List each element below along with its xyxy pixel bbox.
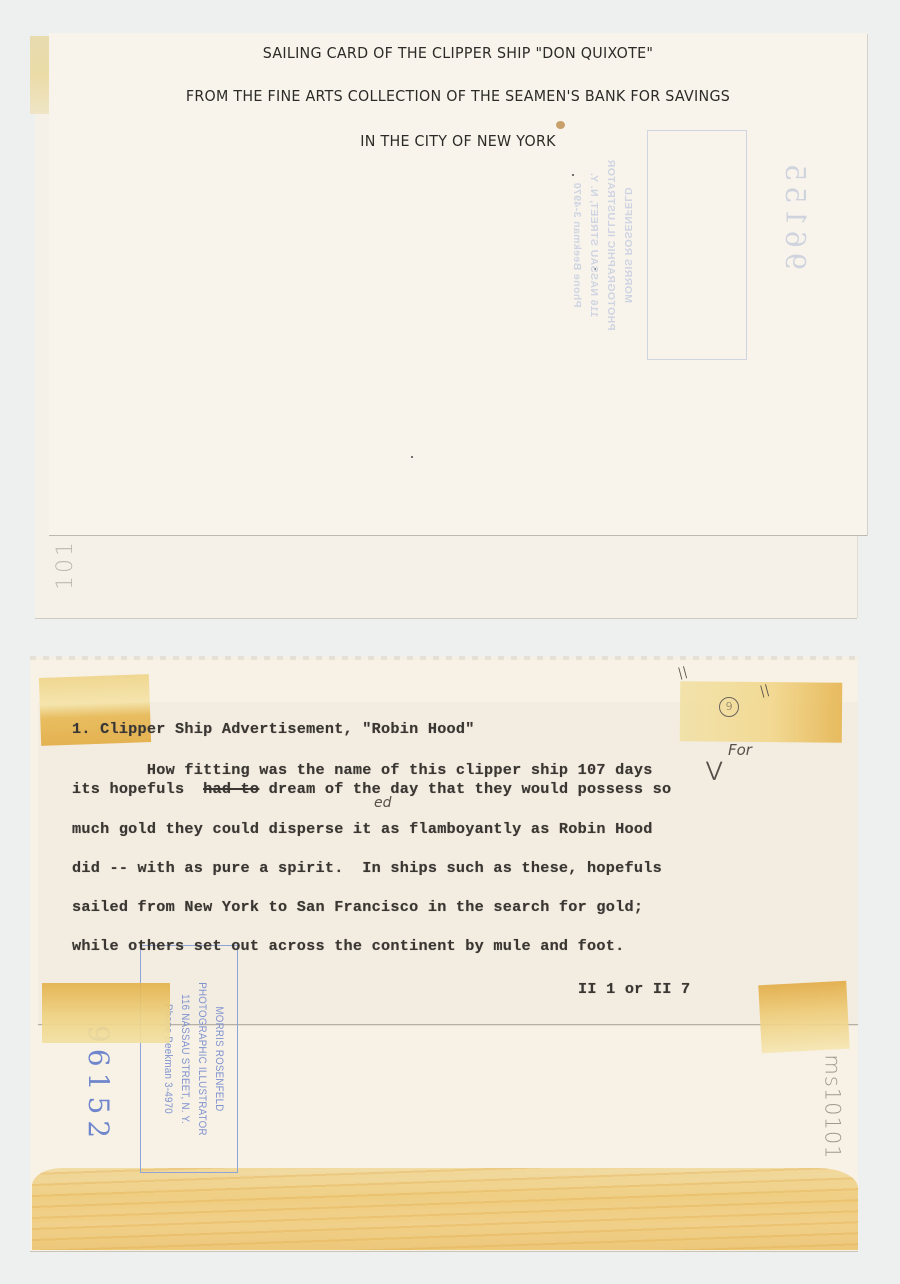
stamp-line: 116 NASSAU STREET, N. Y. <box>585 131 602 359</box>
tape-fragment-left <box>30 36 49 114</box>
photographer-stamp: MORRIS ROSENFELD PHOTOGRAPHIC ILLUSTRATO… <box>140 945 238 1173</box>
body-text: its hopefuls <box>72 780 203 798</box>
bleed-through-stamp: MORRIS ROSENFELD PHOTOGRAPHIC ILLUSTRATO… <box>647 130 747 360</box>
struck-text: had to <box>203 780 259 798</box>
body-line-5: sailed from New York to San Francisco in… <box>72 898 643 916</box>
stamp-line: MORRIS ROSENFELD <box>619 131 636 359</box>
stamp-line: 116 NASSAU STREET, N. Y. <box>176 962 193 1156</box>
stamp-line: MORRIS ROSENFELD <box>210 962 227 1156</box>
tape-bottom-left <box>42 983 170 1043</box>
stamp-line: PHOTOGRAPHIC ILLUSTRATOR <box>602 131 619 359</box>
stamp-line: PHOTOGRAPHIC ILLUSTRATOR <box>193 962 210 1156</box>
pencil-note-text: 101 <box>53 539 78 590</box>
body-line-2: its hopefuls had to dream of the day tha… <box>72 780 671 798</box>
bleed-through-number: 96155 <box>770 170 810 270</box>
pencil-note-bottom: ms10101 <box>800 1055 850 1175</box>
caption-title: 1. Clipper Ship Advertisement, "Robin Ho… <box>72 720 475 738</box>
torn-edge <box>30 656 858 660</box>
pencil-note-text: ms10101 <box>821 1054 845 1159</box>
pencil-insert-ed: ed <box>374 795 392 811</box>
heading-line-1: SAILING CARD OF THE CLIPPER SHIP "DON QU… <box>82 44 835 62</box>
pencil-circled-number: 9 <box>719 697 739 717</box>
body-line-6: while others set out across the continen… <box>72 937 624 955</box>
adhesive-residue <box>32 1168 858 1250</box>
stain-spot <box>556 121 565 129</box>
reference-code: II 1 or II 7 <box>578 980 690 998</box>
body-text: 107 days <box>568 761 652 779</box>
heading-line-2: FROM THE FINE ARTS COLLECTION OF THE SEA… <box>82 87 835 105</box>
tape-bottom-right <box>758 981 849 1054</box>
body-text: dream of the day that they would possess… <box>259 780 671 798</box>
pencil-insert-for: For <box>728 741 752 759</box>
speck <box>411 456 413 458</box>
body-line-1: How fitting was the name of this clipper… <box>72 761 653 779</box>
pencil-note-top: 101 <box>40 552 80 592</box>
body-text: How fitting was the name of this clipper… <box>72 761 568 779</box>
body-line-3: much gold they could disperse it as flam… <box>72 820 653 838</box>
body-line-4: did -- with as pure a spirit. In ships s… <box>72 859 662 877</box>
pencil-caret-mark: ⋁ <box>706 757 722 781</box>
stamp-line: Phone Beekman 3-4970 <box>568 131 585 359</box>
